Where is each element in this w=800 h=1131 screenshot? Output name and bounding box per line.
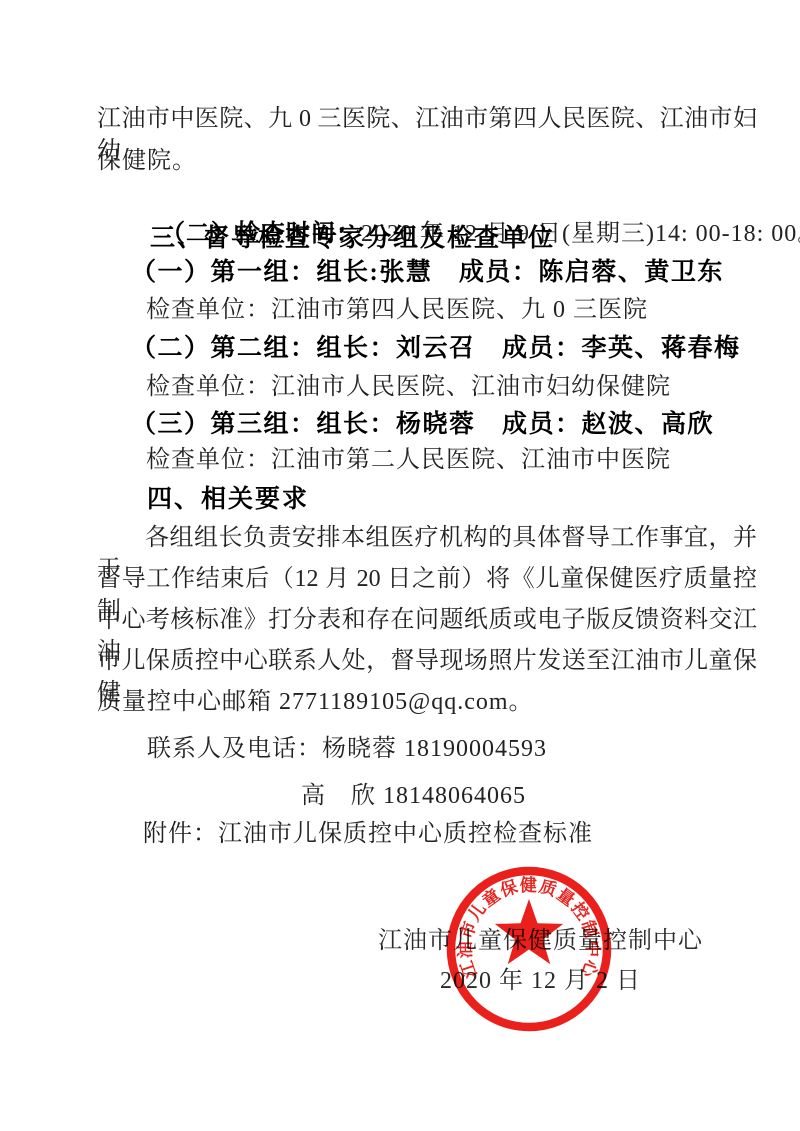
attachment-line: 附件：江油市儿保质控中心质控检查标准: [143, 818, 593, 850]
contact-line-1: 联系人及电话：杨晓蓉 18190004593: [147, 733, 547, 765]
section3-heading: 三、督导检查专家分组及检查单位: [150, 222, 555, 254]
group3-title: （三）第三组：组长：杨晓蓉 成员：赵波、高欣: [131, 409, 714, 441]
group2-title: （二）第二组：组长：刘云召 成员：李英、蒋春梅: [131, 333, 741, 365]
group3-units: 检查单位：江油市第二人民医院、江油市中医院: [146, 444, 671, 476]
group1-units: 检查单位：江油市第四人民医院、九 0 三医院: [146, 294, 648, 326]
star-icon: [495, 899, 563, 964]
document-page: 江油市中医院、九 0 三医院、江油市第四人民医院、江油市妇幼 保健院。 （二）检…: [0, 0, 800, 1131]
hospitals-line-2: 保健院。: [97, 145, 197, 177]
section4-heading: 四、相关要求: [147, 483, 309, 515]
requirements-line-5: 质量控中心邮箱 2771189105@qq.com。: [97, 686, 534, 718]
group2-units: 检查单位：江油市人民医院、江油市妇幼保健院: [146, 371, 671, 403]
group1-title: （一）第一组：组长:张慧 成员：陈启蓉、黄卫东: [131, 257, 724, 289]
official-seal-graphic: 江油市儿童保健质量控制中心: [443, 863, 615, 1035]
official-seal: 江油市儿童保健质量控制中心: [443, 863, 615, 1035]
contact-line-2: 高 欣 18148064065: [301, 780, 526, 812]
